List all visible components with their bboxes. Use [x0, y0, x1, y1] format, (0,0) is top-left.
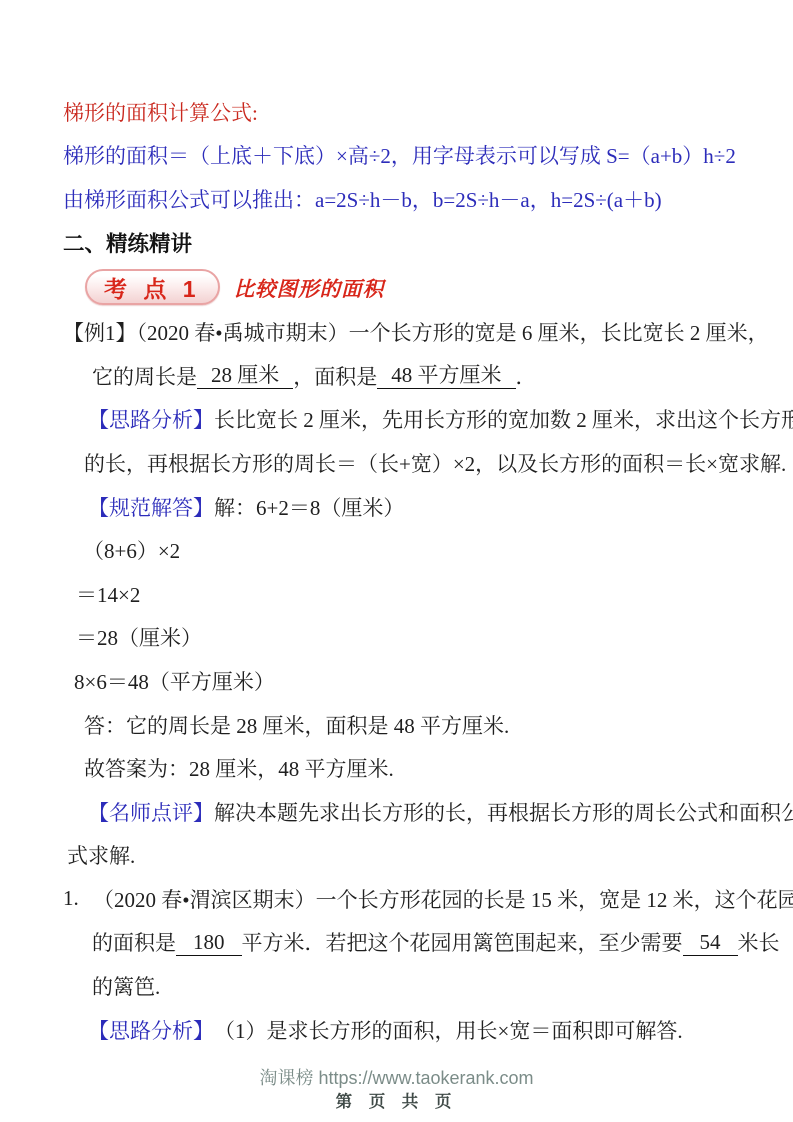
solution-label: 【规范解答】 [88, 492, 214, 522]
example1-conclusion: 故答案为：28 厘米，48 平方厘米. [63, 746, 743, 790]
example1-answer-mid: ，面积是 [293, 361, 377, 391]
problem1-analysis-text: （1）是求长方形的面积，用长×宽＝面积即可解答. [214, 1015, 683, 1045]
problem1-area-blank: 180 [176, 929, 242, 956]
problem1-text-part1: （2020 春•渭滨区期末）一个长方形花园的长是 15 米，宽是 12 米，这个… [93, 884, 793, 914]
key-point-badge: 考 点 1 [85, 269, 220, 305]
comment-text-part1: 解决本题先求出长方形的长，再根据长方形的周长公式和面积公 [214, 797, 793, 827]
problem1-statement-line2: 的面积是180平方米．若把这个花园用篱笆围起来，至少需要54米长 [63, 921, 743, 965]
example1-step4: 8×6＝48（平方厘米） [63, 659, 743, 703]
example1-step2: ＝14×2 [63, 572, 743, 616]
footer-page-indicator: 第 页 共 页 [0, 1088, 793, 1112]
trapezoid-area-formula: 梯形的面积＝（上底＋下底）×高÷2，用字母表示可以写成 S=（a+b）h÷2 [63, 134, 743, 178]
example1-solution-line: 【规范解答】解：6+2＝8（厘米） [63, 485, 743, 529]
problem1-answer-mid: 平方米．若把这个花园用篱笆围起来，至少需要 [242, 927, 683, 957]
analysis-label: 【思路分析】 [88, 404, 214, 434]
example1-answer-sentence: 答：它的周长是 28 厘米，面积是 48 平方厘米. [63, 703, 743, 747]
problem1-analysis-line: 【思路分析】（1）是求长方形的面积，用长×宽＝面积即可解答. [63, 1008, 743, 1052]
example1-step1: （8+6）×2 [63, 528, 743, 572]
example1-perimeter-blank: 28 厘米 [197, 362, 293, 389]
key-point-topic: 比较图形的面积 [234, 272, 385, 302]
example1-analysis-line1: 【思路分析】长比宽长 2 厘米，先用长方形的宽加数 2 厘米，求出这个长方形 [63, 398, 743, 442]
analysis-text-part1: 长比宽长 2 厘米，先用长方形的宽加数 2 厘米，求出这个长方形 [214, 404, 793, 434]
comment-label: 【名师点评】 [88, 797, 214, 827]
document-page: 梯形的面积计算公式: 梯形的面积＝（上底＋下底）×高÷2，用字母表示可以写成 S… [0, 0, 793, 1122]
footer-site-url: 淘课榜 https://www.taokerank.com [0, 1064, 793, 1090]
trapezoid-derived-formulas: 由梯形面积公式可以推出：a=2S÷h－b，b=2S÷h－a，h=2S÷(a＋b) [63, 177, 743, 221]
key-point-row: 考 点 1 比较图形的面积 [63, 264, 743, 310]
example1-answer-end: ． [516, 361, 537, 391]
example1-comment-line2: 式求解. [63, 834, 743, 878]
problem1-statement-line3: 的篱笆. [63, 964, 743, 1008]
problem1-answer-end: 米长 [738, 927, 780, 957]
problem1-number: 1. [63, 886, 93, 911]
solution-text: 解：6+2＝8（厘米） [214, 492, 404, 522]
example1-area-blank: 48 平方厘米 [377, 362, 515, 389]
problem1-fence-blank: 54 [683, 929, 738, 956]
example1-comment-line1: 【名师点评】解决本题先求出长方形的长，再根据长方形的周长公式和面积公 [63, 790, 743, 834]
trapezoid-formula-heading: 梯形的面积计算公式: [63, 90, 743, 134]
example1-answer-pre: 它的周长是 [92, 361, 197, 391]
problem1-analysis-label: 【思路分析】 [88, 1015, 214, 1045]
example1-step3: ＝28（厘米） [63, 616, 743, 660]
problem1-answer-pre: 的面积是 [92, 927, 176, 957]
document-body: 梯形的面积计算公式: 梯形的面积＝（上底＋下底）×高÷2，用字母表示可以写成 S… [63, 90, 743, 1051]
problem1-statement-line1: 1.（2020 春•渭滨区期末）一个长方形花园的长是 15 米，宽是 12 米，… [63, 877, 743, 921]
section-title: 二、精练精讲 [63, 221, 743, 265]
example1-statement-line1: 【例1】（2020 春•禹城市期末）一个长方形的宽是 6 厘米，长比宽长 2 厘… [63, 310, 743, 354]
example1-statement-line2: 它的周长是28 厘米，面积是48 平方厘米． [63, 354, 743, 398]
example1-analysis-line2: 的长，再根据长方形的周长＝（长+宽）×2，以及长方形的面积＝长×宽求解. [63, 441, 743, 485]
